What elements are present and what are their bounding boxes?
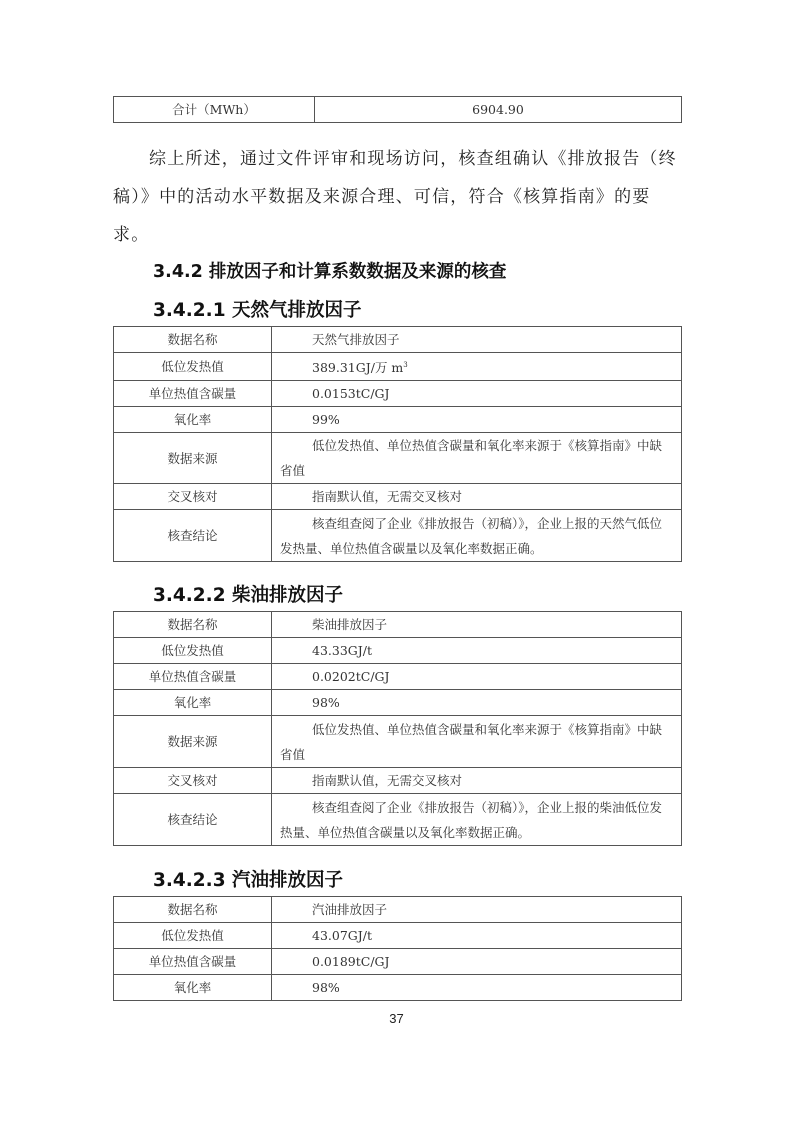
table-row: 单位热值含碳量 0.0153tC/GJ bbox=[114, 381, 682, 407]
table-row: 核查结论 核查组查阅了企业《排放报告（初稿）》，企业上报的天然气低位发热量、单位… bbox=[114, 510, 682, 562]
value-text: 低位发热值、单位热值含碳量和氧化率来源于《核算指南》中缺省值 bbox=[280, 722, 662, 762]
row-key: 交叉核对 bbox=[114, 484, 272, 510]
row-value: 核查组查阅了企业《排放报告（初稿）》，企业上报的柴油低位发热量、单位热值含碳量以… bbox=[272, 794, 682, 846]
page-number: 37 bbox=[0, 1011, 793, 1026]
summary-paragraph: 综上所述，通过文件评审和现场访问，核查组确认《排放报告（终稿）》中的活动水平数据… bbox=[113, 140, 683, 254]
table-row: 数据名称 柴油排放因子 bbox=[114, 612, 682, 638]
row-value: 汽油排放因子 bbox=[272, 897, 682, 923]
table-row: 低位发热值 43.07GJ/t bbox=[114, 923, 682, 949]
total-table: 合计（MWh） 6904.90 bbox=[113, 96, 682, 123]
table-row: 核查结论 核查组查阅了企业《排放报告（初稿）》，企业上报的柴油低位发热量、单位热… bbox=[114, 794, 682, 846]
natural-gas-factor-table: 数据名称 天然气排放因子 低位发热值 389.31GJ/万 m3 单位热值含碳量… bbox=[113, 326, 682, 562]
subsection-heading-gasoline: 3.4.2.3 汽油排放因子 bbox=[153, 866, 343, 892]
row-value: 核查组查阅了企业《排放报告（初稿）》，企业上报的天然气低位发热量、单位热值含碳量… bbox=[272, 510, 682, 562]
row-key: 低位发热值 bbox=[114, 353, 272, 381]
subsection-heading-diesel: 3.4.2.2 柴油排放因子 bbox=[153, 581, 343, 607]
value-text: 核查组查阅了企业《排放报告（初稿）》，企业上报的柴油低位发热量、单位热值含碳量以… bbox=[280, 800, 662, 840]
table-row: 氧化率 98% bbox=[114, 690, 682, 716]
row-value: 低位发热值、单位热值含碳量和氧化率来源于《核算指南》中缺省值 bbox=[272, 716, 682, 768]
subsection-heading-natural-gas: 3.4.2.1 天然气排放因子 bbox=[153, 296, 362, 322]
table-row: 交叉核对 指南默认值，无需交叉核对 bbox=[114, 484, 682, 510]
value-superscript: 3 bbox=[403, 361, 407, 369]
total-value: 6904.90 bbox=[315, 97, 682, 123]
table-row: 低位发热值 389.31GJ/万 m3 bbox=[114, 353, 682, 381]
table-row: 单位热值含碳量 0.0202tC/GJ bbox=[114, 664, 682, 690]
row-value: 43.33GJ/t bbox=[272, 638, 682, 664]
table-row: 单位热值含碳量 0.0189tC/GJ bbox=[114, 949, 682, 975]
row-key: 交叉核对 bbox=[114, 768, 272, 794]
gasoline-factor-table: 数据名称 汽油排放因子 低位发热值 43.07GJ/t 单位热值含碳量 0.01… bbox=[113, 896, 682, 1001]
table-row: 氧化率 99% bbox=[114, 407, 682, 433]
row-key: 氧化率 bbox=[114, 690, 272, 716]
row-key: 单位热值含碳量 bbox=[114, 664, 272, 690]
row-value: 柴油排放因子 bbox=[272, 612, 682, 638]
row-value: 43.07GJ/t bbox=[272, 923, 682, 949]
row-key: 核查结论 bbox=[114, 510, 272, 562]
row-key: 单位热值含碳量 bbox=[114, 949, 272, 975]
row-key: 低位发热值 bbox=[114, 923, 272, 949]
row-value: 0.0189tC/GJ bbox=[272, 949, 682, 975]
total-label: 合计（MWh） bbox=[114, 97, 315, 123]
summary-text: 综上所述，通过文件评审和现场访问，核查组确认《排放报告（终稿）》中的活动水平数据… bbox=[113, 149, 677, 245]
row-value: 低位发热值、单位热值含碳量和氧化率来源于《核算指南》中缺省值 bbox=[272, 433, 682, 484]
diesel-factor-table: 数据名称 柴油排放因子 低位发热值 43.33GJ/t 单位热值含碳量 0.02… bbox=[113, 611, 682, 846]
row-key: 数据名称 bbox=[114, 327, 272, 353]
row-value: 98% bbox=[272, 690, 682, 716]
row-value: 389.31GJ/万 m3 bbox=[272, 353, 682, 381]
row-value: 天然气排放因子 bbox=[272, 327, 682, 353]
table-row: 数据来源 低位发热值、单位热值含碳量和氧化率来源于《核算指南》中缺省值 bbox=[114, 433, 682, 484]
table-row: 数据来源 低位发热值、单位热值含碳量和氧化率来源于《核算指南》中缺省值 bbox=[114, 716, 682, 768]
row-key: 核查结论 bbox=[114, 794, 272, 846]
table-row: 数据名称 汽油排放因子 bbox=[114, 897, 682, 923]
table-row: 氧化率 98% bbox=[114, 975, 682, 1001]
row-key: 低位发热值 bbox=[114, 638, 272, 664]
row-value: 98% bbox=[272, 975, 682, 1001]
row-value: 0.0202tC/GJ bbox=[272, 664, 682, 690]
value-text: 389.31GJ/万 m bbox=[312, 360, 403, 375]
row-key: 数据来源 bbox=[114, 716, 272, 768]
row-key: 数据名称 bbox=[114, 612, 272, 638]
row-key: 单位热值含碳量 bbox=[114, 381, 272, 407]
section-heading: 3.4.2 排放因子和计算系数数据及来源的核查 bbox=[153, 258, 506, 283]
row-key: 氧化率 bbox=[114, 975, 272, 1001]
row-value: 99% bbox=[272, 407, 682, 433]
table-row: 低位发热值 43.33GJ/t bbox=[114, 638, 682, 664]
table-row: 合计（MWh） 6904.90 bbox=[114, 97, 682, 123]
row-value: 0.0153tC/GJ bbox=[272, 381, 682, 407]
row-key: 氧化率 bbox=[114, 407, 272, 433]
row-key: 数据来源 bbox=[114, 433, 272, 484]
row-value: 指南默认值，无需交叉核对 bbox=[272, 484, 682, 510]
row-value: 指南默认值，无需交叉核对 bbox=[272, 768, 682, 794]
value-text: 低位发热值、单位热值含碳量和氧化率来源于《核算指南》中缺省值 bbox=[280, 438, 662, 478]
table-row: 交叉核对 指南默认值，无需交叉核对 bbox=[114, 768, 682, 794]
value-text: 核查组查阅了企业《排放报告（初稿）》，企业上报的天然气低位发热量、单位热值含碳量… bbox=[280, 516, 662, 556]
table-row: 数据名称 天然气排放因子 bbox=[114, 327, 682, 353]
row-key: 数据名称 bbox=[114, 897, 272, 923]
